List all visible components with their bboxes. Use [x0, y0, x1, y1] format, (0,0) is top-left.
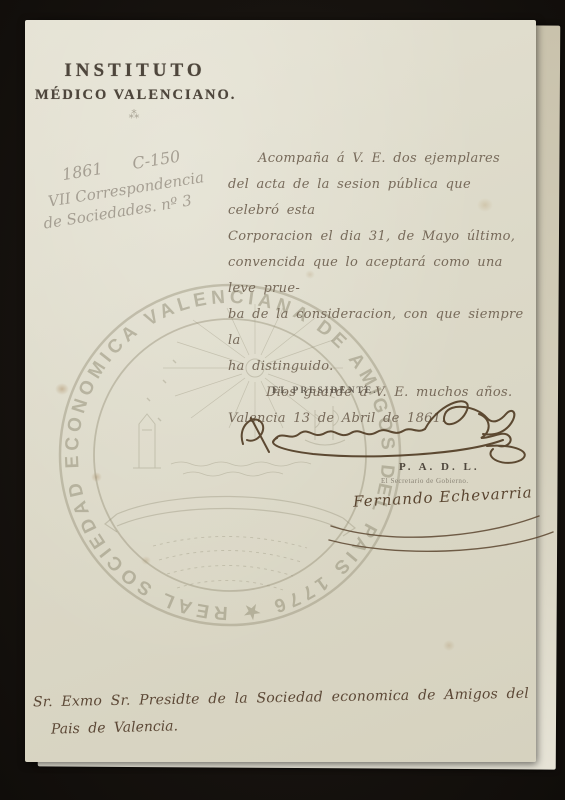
letter-body-line: ha distinguido. [228, 354, 528, 380]
secretary-title: El Secretario de Gobierno. [381, 477, 469, 485]
seal-tower-icon [133, 414, 161, 468]
address-line1: Sr. Exmo Sr. Presidte de la Sociedad eco… [33, 686, 533, 711]
padl-label: P. A. D. L. [399, 461, 480, 473]
pencil-archive-notes: 1861 C-150 VII Correspondencia de Socied… [35, 143, 208, 232]
letterhead-ornament-icon: ⁂ [35, 108, 235, 121]
letter-body-line: del acta de la sesion pública que celebr… [228, 172, 528, 224]
letter-body-line: ba de la consideracion, con que siempre … [228, 302, 528, 354]
letter-body-line: convencida que lo aceptará como una leve… [228, 250, 528, 302]
seal-field [153, 536, 307, 590]
stain [443, 640, 455, 651]
document-page: REAL SOCIEDAD ECONOMICA VALENCIANA DE AM… [25, 20, 536, 762]
letterhead-line1: INSTITUTO [35, 60, 235, 82]
secretary-signature-flourish [325, 510, 563, 558]
letterhead-line2: MÉDICO VALENCIANO. [35, 87, 235, 104]
letter-body-line: Corporacion el dia 31, de Mayo último, [228, 224, 528, 250]
address-line2: Pais de Valencia. [51, 718, 178, 737]
seal-ribbon [105, 496, 355, 536]
letterhead: INSTITUTO MÉDICO VALENCIANO. ⁂ [35, 60, 235, 121]
letter-body-line: Acompaña á V. E. dos ejemplares [258, 146, 528, 172]
seal-stars [147, 360, 176, 421]
president-signature [235, 394, 545, 474]
photo-background: REAL SOCIEDAD ECONOMICA VALENCIANA DE AM… [0, 0, 565, 800]
